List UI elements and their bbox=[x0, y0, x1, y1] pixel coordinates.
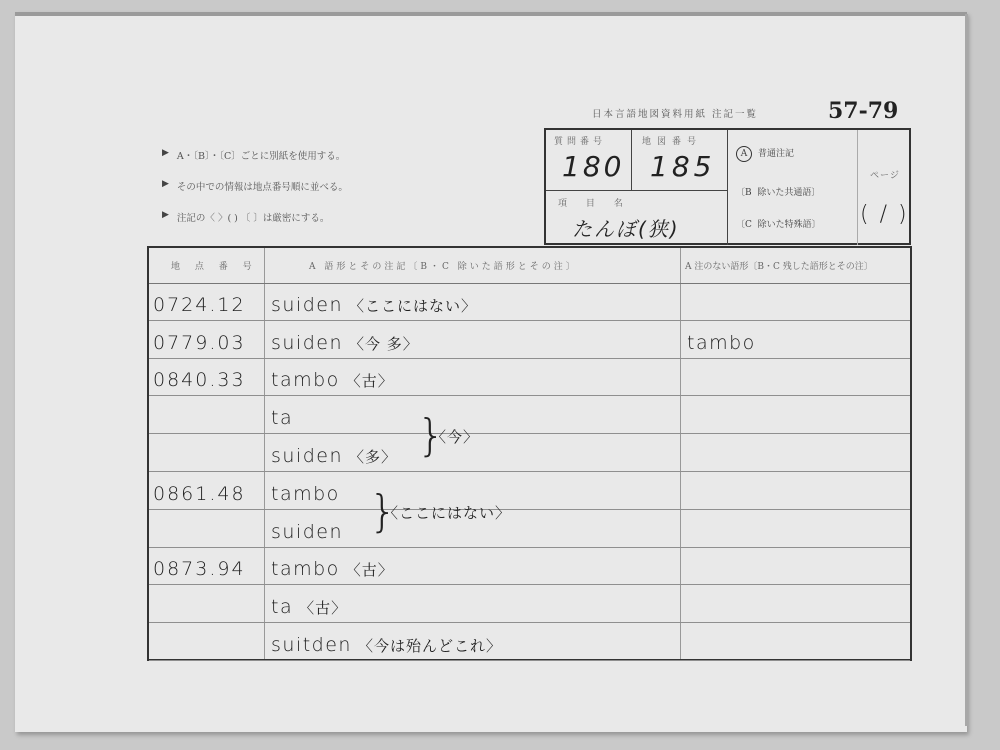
shared-note: 〈ここにはない〉 bbox=[383, 502, 511, 523]
instruction-item: ▶ 注記の〈 〉( ) 〔 〕は厳密にする。 bbox=[162, 210, 348, 241]
form-cell: tambo〈古〉 bbox=[265, 548, 681, 585]
form-note: 〈ここにはない〉 bbox=[349, 295, 477, 316]
location-number: 0840.33 bbox=[153, 369, 246, 391]
table-row: suiden bbox=[149, 510, 910, 548]
plain-form-cell bbox=[681, 396, 912, 433]
word-form: suiden bbox=[271, 332, 343, 354]
location-cell bbox=[149, 623, 265, 660]
map-number-label: 地図番号 bbox=[642, 134, 702, 147]
location-cell bbox=[149, 585, 265, 622]
form-note: 〈古〉 bbox=[346, 370, 394, 391]
word-form: suiden bbox=[271, 445, 343, 467]
instruction-text: 注記の〈 〉( ) 〔 〕は厳密にする。 bbox=[177, 210, 330, 224]
instruction-item: ▶ A・〔B〕・〔C〕ごとに別紙を使用する。 bbox=[162, 148, 348, 179]
notes-table: 地 点 番 号 A 語形とその注記〔B・C 除いた語形とその注〕 A 注のない語… bbox=[147, 246, 912, 661]
word-form: ta bbox=[271, 407, 293, 429]
plain-form-cell bbox=[681, 623, 912, 660]
form-note: 〈古〉 bbox=[299, 597, 347, 618]
note-type-a: A普通注記 bbox=[736, 146, 794, 162]
form-cell: suiden〈今 多〉 bbox=[265, 321, 681, 358]
word-form: tambo bbox=[271, 369, 340, 391]
note-type-marker: 〔C bbox=[736, 220, 752, 230]
table-row: ta bbox=[149, 396, 910, 434]
question-number: 180 bbox=[562, 150, 624, 183]
header-forms-without-notes: A 注のない語形〔B・C 残した語形とその注〕 bbox=[685, 259, 873, 272]
form-note: 〈多〉 bbox=[349, 446, 397, 467]
location-number: 0861.48 bbox=[153, 483, 246, 505]
plain-form-cell bbox=[681, 283, 912, 320]
item-name-label: 項 目 名 bbox=[558, 196, 631, 209]
location-cell bbox=[149, 434, 265, 471]
triangle-bullet-icon: ▶ bbox=[162, 210, 169, 220]
plain-form-cell bbox=[681, 472, 912, 509]
note-type-label: 除いた共通語〕 bbox=[757, 188, 820, 198]
header-location: 地 点 番 号 bbox=[171, 259, 258, 272]
table-row: suiden〈多〉 bbox=[149, 434, 910, 472]
note-type-label: 除いた特殊語〕 bbox=[758, 220, 821, 230]
note-type-cell: A普通注記 〔B 除いた共通語〕 〔C 除いた特殊語〕 bbox=[728, 130, 858, 245]
location-number: 0724.12 bbox=[153, 294, 246, 316]
instruction-text: その中での情報は地点番号順に並べる。 bbox=[177, 179, 348, 193]
form-note: 〈今は殆んどこれ〉 bbox=[358, 635, 502, 656]
note-type-label: 普通注記 bbox=[758, 149, 794, 159]
word-form: tambo bbox=[271, 558, 340, 580]
table-row: 0724.12suiden〈ここにはない〉 bbox=[149, 283, 910, 321]
question-number-cell: 質問番号 180 bbox=[546, 130, 632, 191]
header-box: 質問番号 180 地図番号 185 項 目 名 たんぼ(狭) A普通注記 〔B … bbox=[544, 128, 911, 245]
header-forms-with-notes: A 語形とその注記〔B・C 除いた語形とその注〕 bbox=[309, 259, 578, 272]
page-label: ページ bbox=[870, 168, 900, 181]
location-number: 0779.03 bbox=[153, 332, 246, 354]
location-number: 0873.94 bbox=[153, 558, 246, 580]
form-number: 57-79 bbox=[828, 98, 898, 124]
shared-note: 〈今〉 bbox=[431, 426, 479, 447]
note-type-b: 〔B 除いた共通語〕 bbox=[736, 185, 820, 198]
plain-form-cell: tambo bbox=[681, 321, 912, 358]
instructions: ▶ A・〔B〕・〔C〕ごとに別紙を使用する。 ▶ その中での情報は地点番号順に並… bbox=[162, 148, 348, 241]
question-number-label: 質問番号 bbox=[554, 134, 606, 147]
plain-word-form: tambo bbox=[687, 332, 756, 354]
sheet-edge bbox=[965, 14, 968, 726]
map-number: 185 bbox=[650, 150, 715, 183]
table-row: suitden〈今は殆んどこれ〉 bbox=[149, 623, 910, 661]
item-name-cell: 項 目 名 たんぼ(狭) bbox=[546, 191, 728, 245]
location-cell bbox=[149, 396, 265, 433]
plain-form-cell bbox=[681, 585, 912, 622]
triangle-bullet-icon: ▶ bbox=[162, 179, 169, 189]
location-cell: 0779.03 bbox=[149, 321, 265, 358]
page-value: ( / ) bbox=[860, 202, 909, 227]
form-cell: tambo〈古〉 bbox=[265, 359, 681, 396]
plain-form-cell bbox=[681, 510, 912, 547]
form-note: 〈古〉 bbox=[346, 559, 394, 580]
location-cell: 0724.12 bbox=[149, 283, 265, 320]
word-form: suiden bbox=[271, 294, 343, 316]
note-type-marker: 〔B bbox=[736, 188, 752, 198]
table-row: ta〈古〉 bbox=[149, 585, 910, 623]
table-row: 0873.94tambo〈古〉 bbox=[149, 548, 910, 586]
word-form: suiden bbox=[271, 521, 343, 543]
table-row: 0779.03suiden〈今 多〉tambo bbox=[149, 321, 910, 359]
form-note: 〈今 多〉 bbox=[349, 333, 419, 354]
table-body: 0724.12suiden〈ここにはない〉0779.03suiden〈今 多〉t… bbox=[149, 283, 910, 659]
circled-a-icon: A bbox=[736, 146, 752, 162]
instruction-item: ▶ その中での情報は地点番号順に並べる。 bbox=[162, 179, 348, 210]
table-row: 0840.33tambo〈古〉 bbox=[149, 359, 910, 397]
plain-form-cell bbox=[681, 548, 912, 585]
word-form: ta bbox=[271, 596, 293, 618]
form-cell: suitden〈今は殆んどこれ〉 bbox=[265, 623, 681, 660]
word-form: tambo bbox=[271, 483, 340, 505]
form-cell: suiden〈ここにはない〉 bbox=[265, 283, 681, 320]
item-name: たんぼ(狭) bbox=[572, 213, 680, 242]
location-cell bbox=[149, 510, 265, 547]
note-type-c: 〔C 除いた特殊語〕 bbox=[736, 217, 821, 230]
word-form: suitden bbox=[271, 634, 352, 656]
plain-form-cell bbox=[681, 359, 912, 396]
table-row: 0861.48tambo bbox=[149, 472, 910, 510]
form-title: 日本言語地図資料用紙 注記一覧 bbox=[592, 106, 758, 120]
location-cell: 0861.48 bbox=[149, 472, 265, 509]
instruction-text: A・〔B〕・〔C〕ごとに別紙を使用する。 bbox=[177, 148, 345, 162]
location-cell: 0840.33 bbox=[149, 359, 265, 396]
page-cell: ページ ( / ) bbox=[858, 130, 911, 245]
form-cell: ta〈古〉 bbox=[265, 585, 681, 622]
location-cell: 0873.94 bbox=[149, 548, 265, 585]
plain-form-cell bbox=[681, 434, 912, 471]
table-header: 地 点 番 号 A 語形とその注記〔B・C 除いた語形とその注〕 A 注のない語… bbox=[149, 248, 910, 284]
map-number-cell: 地図番号 185 bbox=[632, 130, 728, 191]
triangle-bullet-icon: ▶ bbox=[162, 148, 169, 158]
